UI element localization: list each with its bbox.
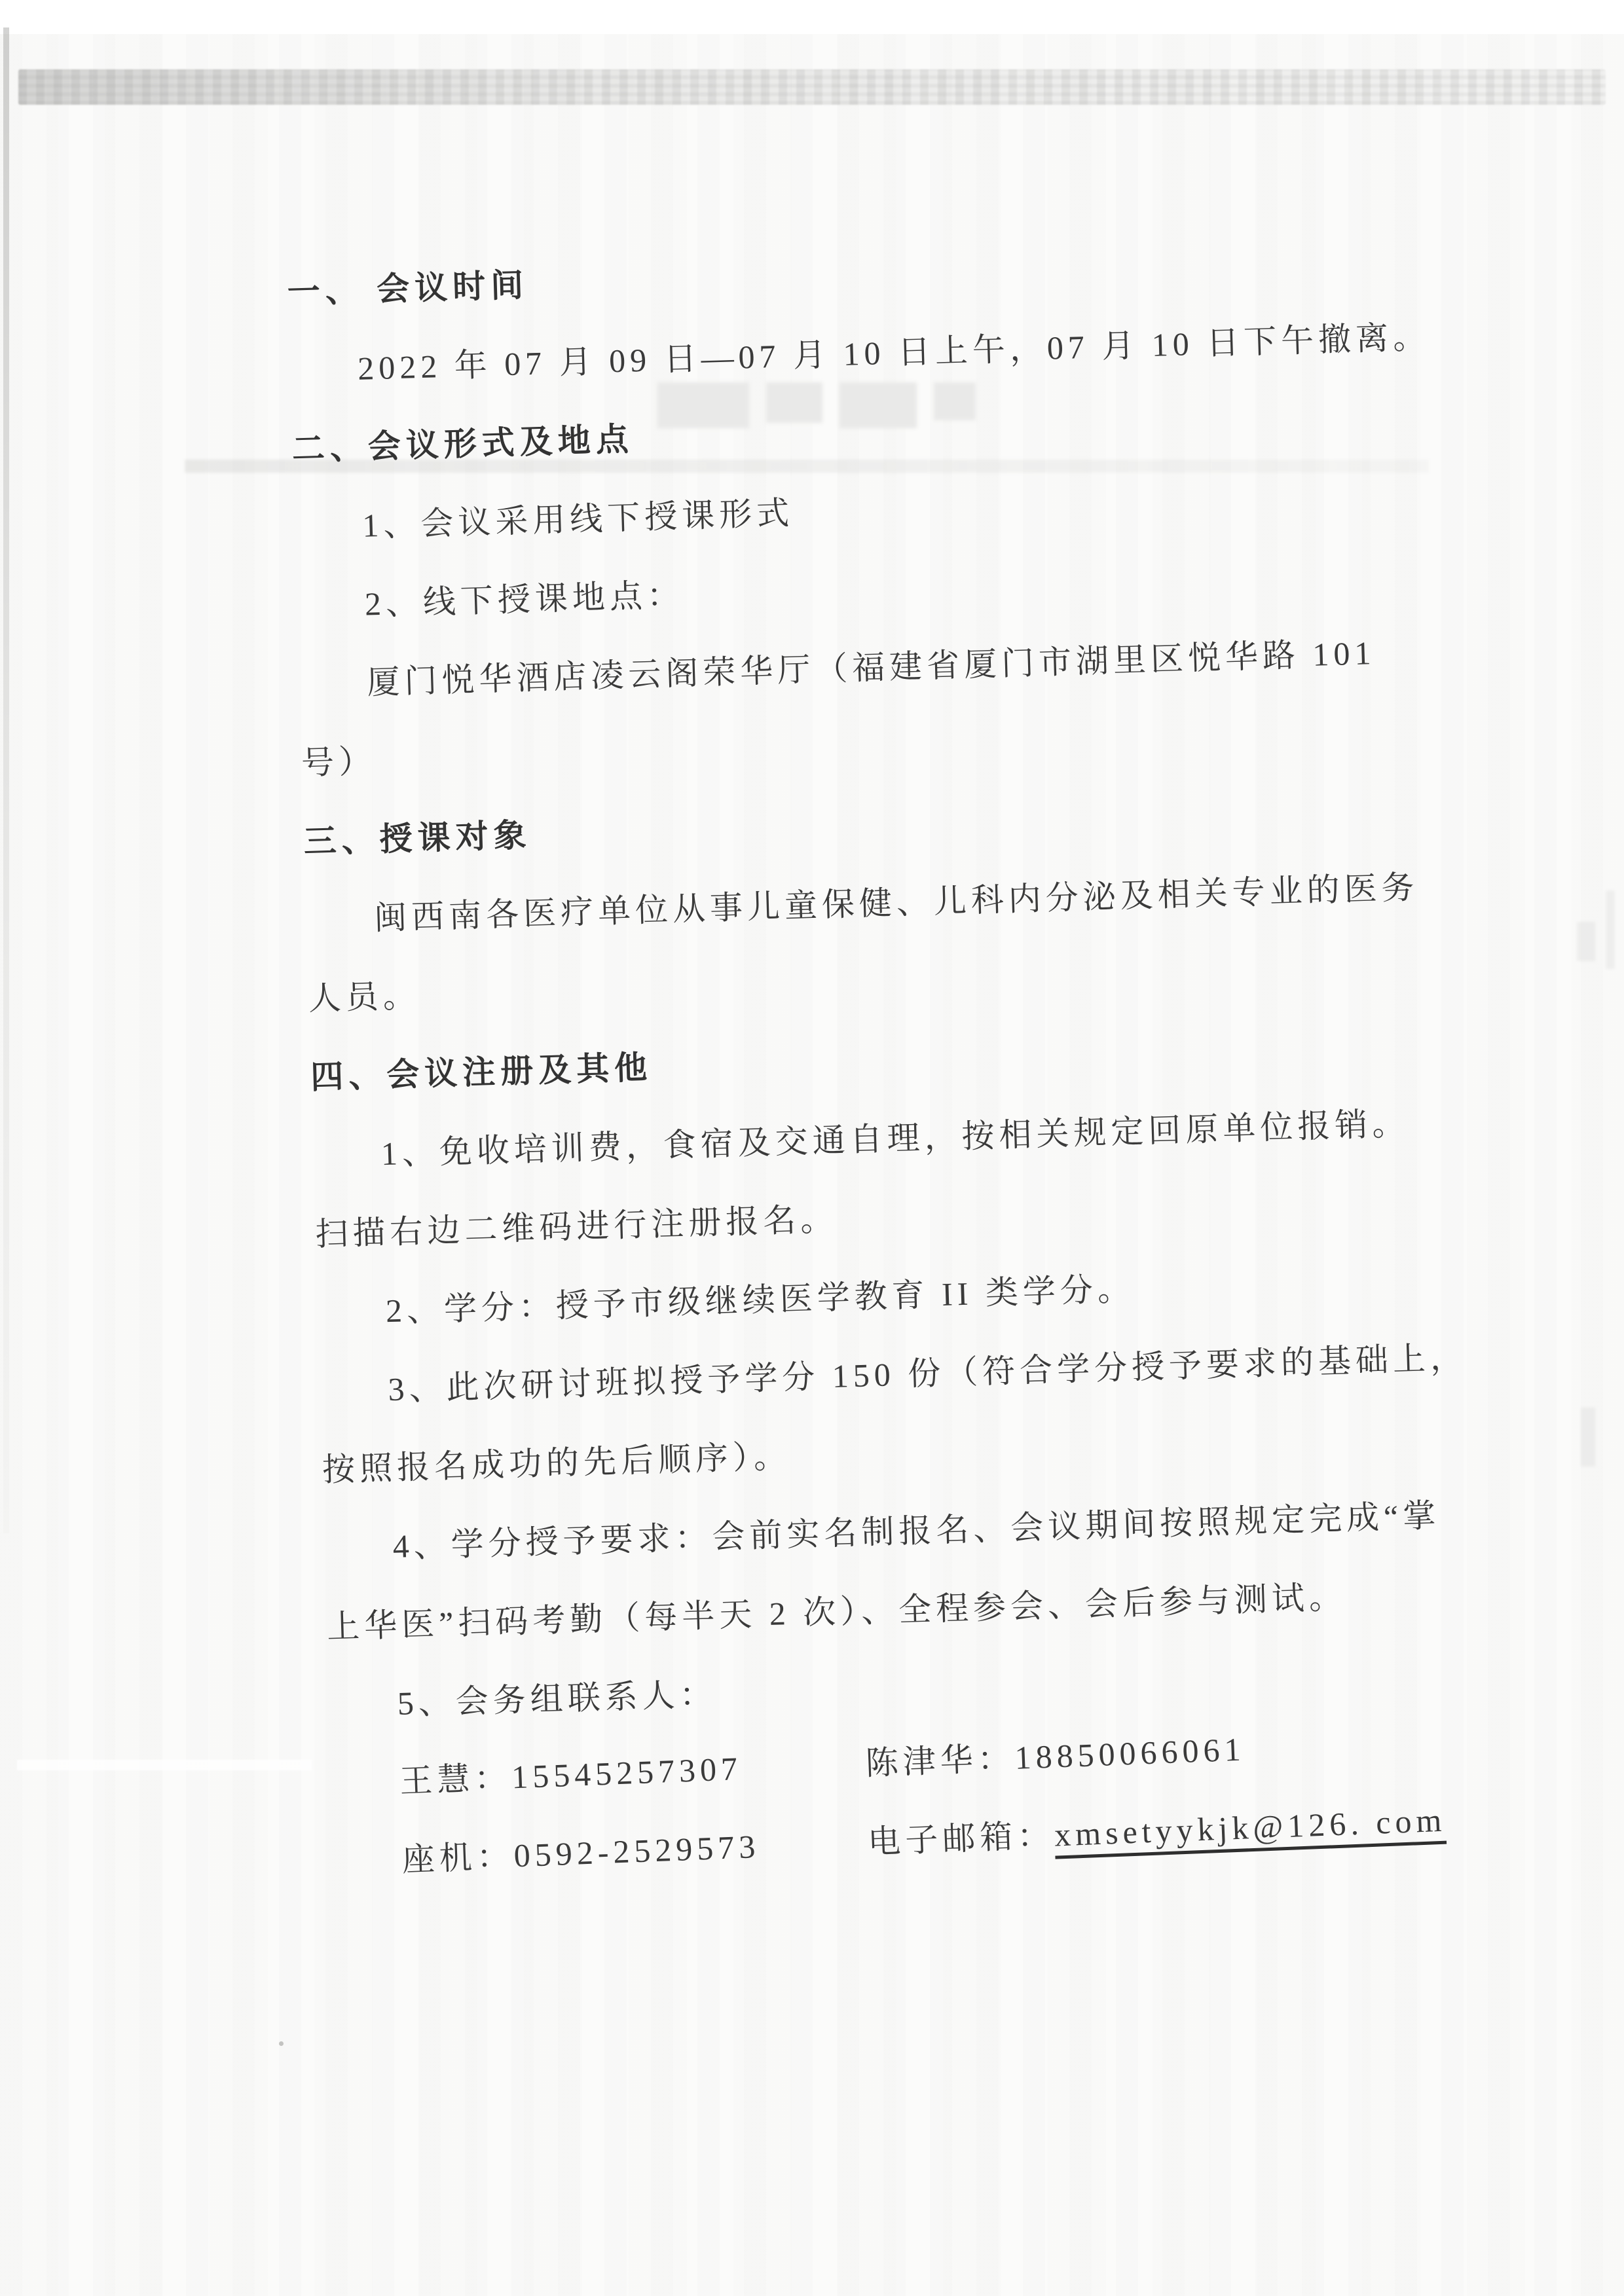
- scan-artifact-white-streak: [17, 1760, 312, 1770]
- contact-chen-jinhua: 陈津华：18850066061: [864, 1709, 1247, 1802]
- scan-artifact-smudge: [1577, 922, 1595, 961]
- email-address: xmsetyykjk@126. com: [1054, 1802, 1447, 1859]
- notice-body: 一、 会议时间 2022 年 07 月 09 日—07 月 10 日上午，07 …: [286, 218, 1507, 1902]
- email-label: 电子邮箱：: [867, 1817, 1055, 1861]
- scan-artifact-top-band: [18, 69, 1606, 105]
- scan-artifact-smudge: [1606, 890, 1615, 969]
- scan-artifact-speck: [279, 2041, 284, 2046]
- scan-artifact-left-edge: [3, 27, 9, 1533]
- scan-artifact-smudge: [1581, 1408, 1595, 1467]
